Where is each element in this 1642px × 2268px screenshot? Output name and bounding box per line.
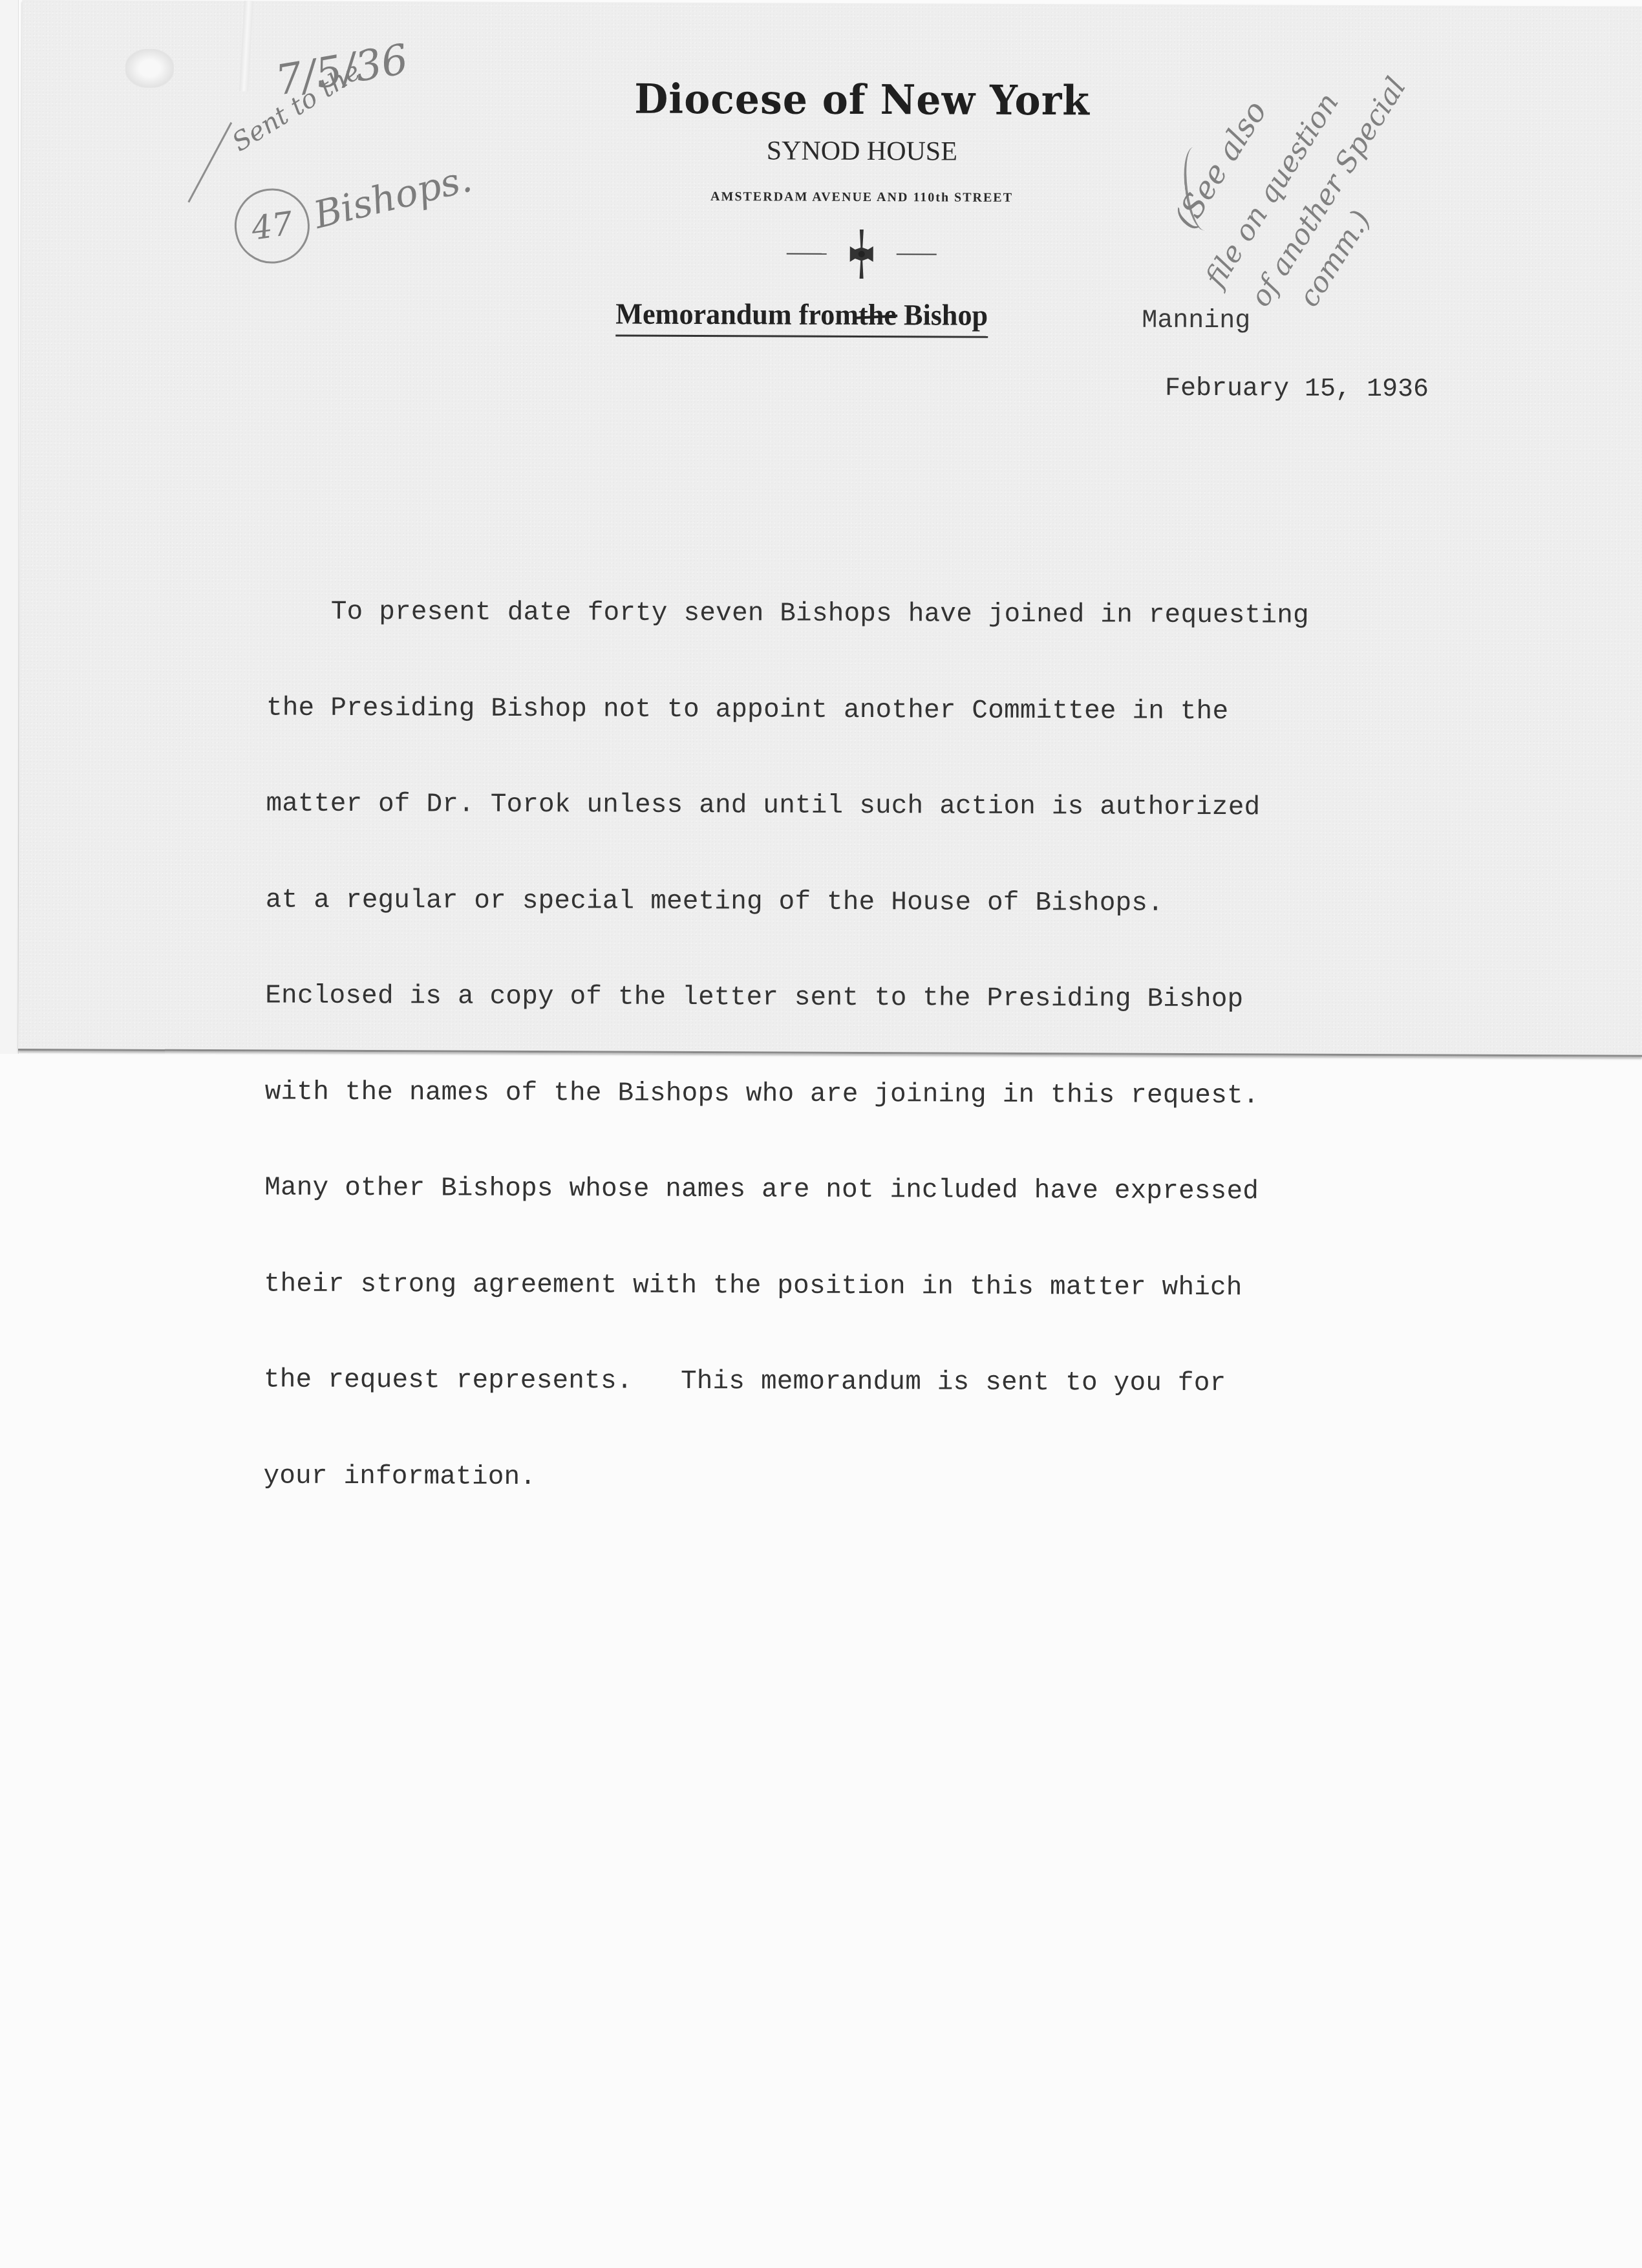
body-line: at a regular or special meeting of the H… bbox=[266, 884, 1546, 921]
cross-icon bbox=[836, 228, 888, 280]
memo-document: 7/5/36 Sent to the 47 Bishops. Diocese o… bbox=[18, 0, 1642, 1057]
street-address: AMSTERDAM AVENUE AND 110th STREET bbox=[603, 189, 1120, 206]
handwritten-circled-count: 47 bbox=[230, 184, 315, 268]
paper-smudge bbox=[125, 49, 174, 88]
scan-margin bbox=[0, 0, 19, 1054]
typed-sender-name: Manning bbox=[1142, 306, 1250, 336]
pencil-stroke bbox=[187, 122, 232, 203]
body-line: the request represents. This memorandum … bbox=[264, 1364, 1544, 1401]
handwritten-bishops: Bishops. bbox=[310, 156, 476, 237]
struck-word: the bbox=[858, 297, 897, 332]
body-line: Many other Bishops whose names are not i… bbox=[264, 1172, 1544, 1209]
letterhead: Diocese of New York SYNOD HOUSE AMSTERDA… bbox=[603, 67, 1121, 281]
memo-suffix: Bishop bbox=[904, 298, 988, 331]
memo-printed-title: Memorandum fromthe Bishop bbox=[615, 297, 988, 338]
memo-body: To present date forty seven Bishops have… bbox=[263, 532, 1547, 1561]
ornament-rule-left bbox=[787, 253, 827, 255]
paper-crease bbox=[239, 1, 253, 92]
memo-date: February 15, 1936 bbox=[1165, 374, 1429, 405]
body-line: To present date forty seven Bishops have… bbox=[267, 596, 1547, 633]
memo-prefix: Memorandum from bbox=[615, 297, 858, 331]
body-line: matter of Dr. Torok unless and until suc… bbox=[266, 788, 1546, 825]
body-line: their strong agreement with the position… bbox=[264, 1268, 1544, 1305]
ornament-rule-right bbox=[897, 253, 937, 255]
organization-name: Diocese of New York bbox=[604, 76, 1121, 125]
body-line: your information. bbox=[263, 1460, 1543, 1497]
body-line: the Presiding Bishop not to appoint anot… bbox=[266, 692, 1546, 729]
body-line: Enclosed is a copy of the letter sent to… bbox=[265, 980, 1545, 1017]
handwritten-cross-reference: (See also file on question of another Sp… bbox=[1158, 5, 1625, 304]
body-line: with the names of the Bishops who are jo… bbox=[265, 1076, 1545, 1113]
building-name: SYNOD HOUSE bbox=[603, 134, 1120, 167]
cross-ornament bbox=[784, 228, 939, 281]
memo-heading: Memorandum fromthe Bishop Manning bbox=[615, 297, 1003, 338]
